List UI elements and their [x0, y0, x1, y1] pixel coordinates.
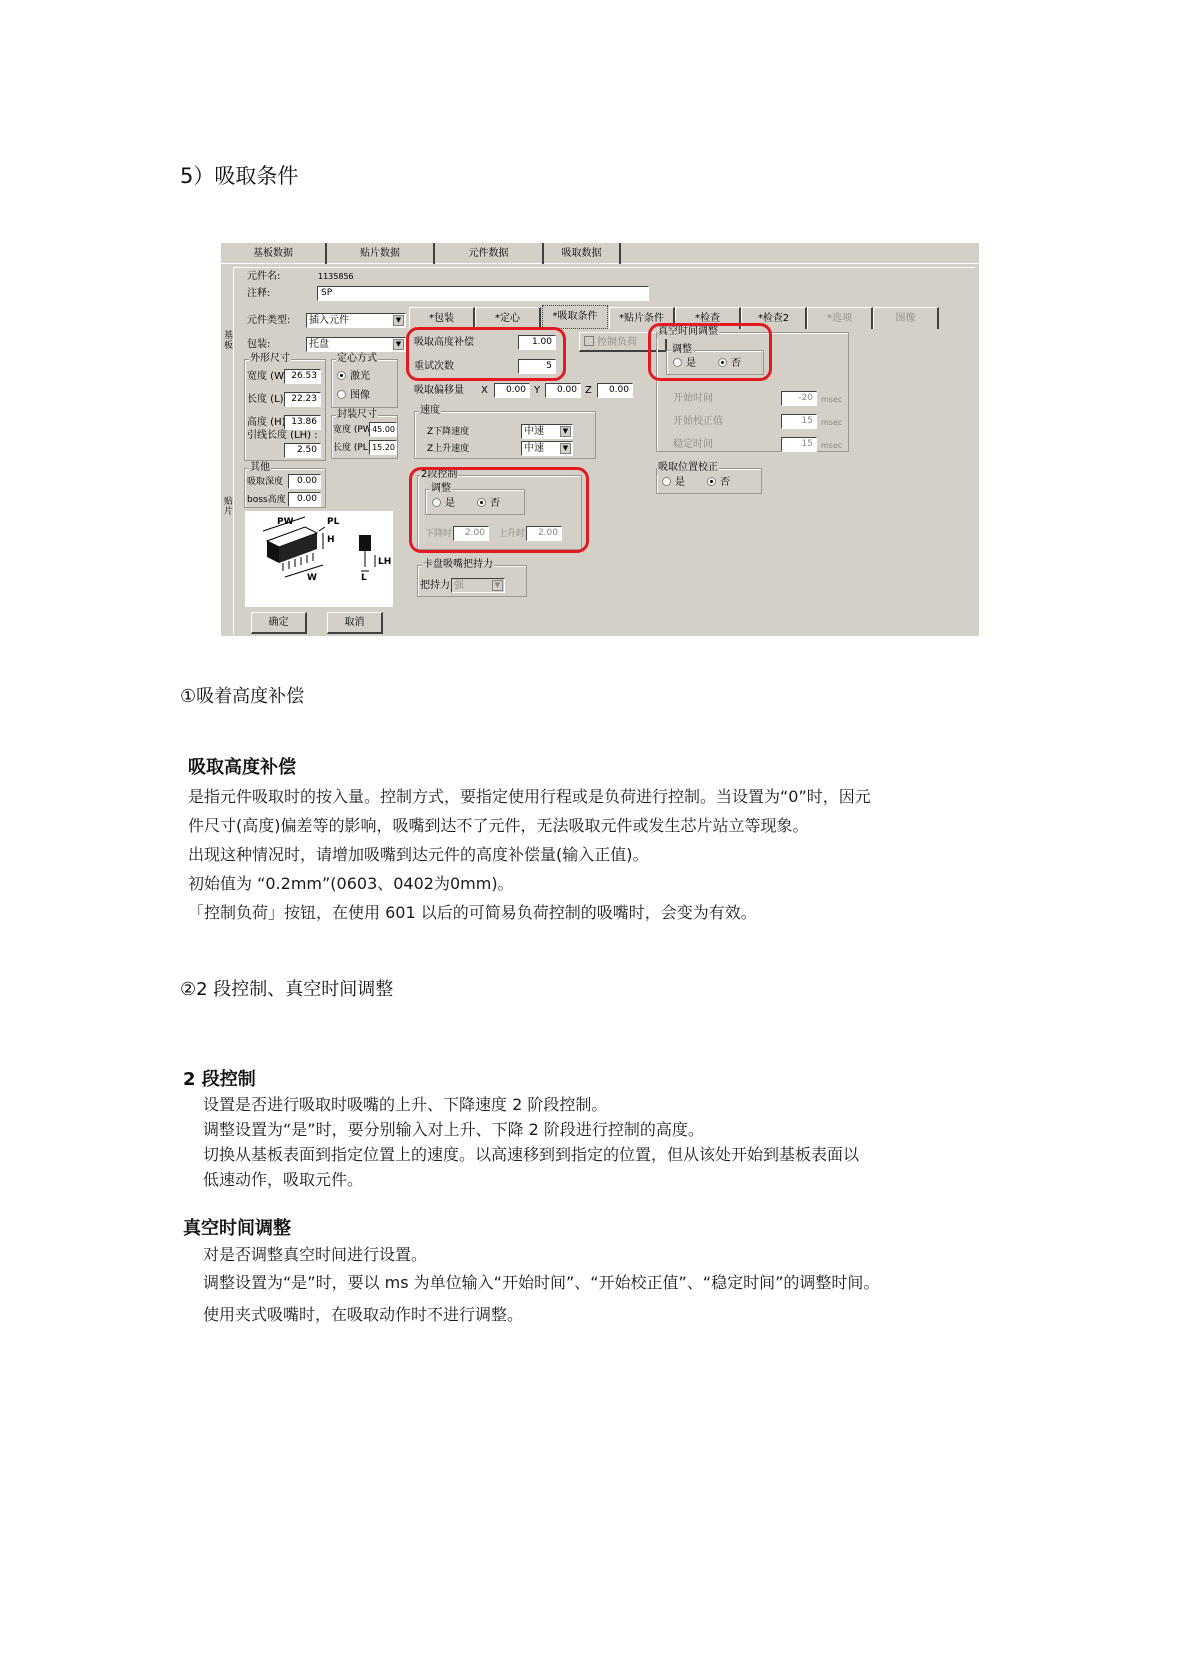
offset-z-input[interactable]: 0.00 [597, 383, 633, 398]
other-title: 其他 [249, 461, 271, 475]
start-time-label: 开始时间 [673, 392, 713, 406]
component-outline-icon [245, 511, 393, 587]
pl-label: 长度 (PL) [333, 441, 371, 455]
subsection-height-comp: ①吸着高度补偿 [180, 682, 304, 708]
offset-y-input[interactable]: 0.00 [545, 383, 581, 398]
package-size-title: 封装尺寸 [336, 408, 378, 422]
z-up-speed-label: Z上升速度 [427, 442, 469, 456]
two-stage-line-4: 低速动作，吸取元件。 [203, 1165, 363, 1194]
grip-force-select[interactable]: 强 ▼ [451, 578, 505, 593]
boss-height-input[interactable]: 0.00 [288, 492, 321, 507]
radio-unselected-icon [337, 390, 346, 399]
lead-length-label: 引线长度 (LH) : [247, 429, 318, 443]
pick-offset-label: 吸取偏移量 [414, 384, 464, 398]
vacuum-line-3: 使用夹式吸嘴时，在吸取动作时不进行调整。 [203, 1300, 523, 1329]
height-input[interactable]: 13.86 [284, 415, 321, 430]
length-label: 长度 (L): [247, 393, 287, 407]
top-tab-bar: 基板数据 贴片数据 元件数据 吸取数据 [221, 243, 979, 264]
highlight-height-comp [406, 327, 566, 381]
radio-unselected-icon [662, 477, 671, 486]
offset-y-label: Y [534, 384, 540, 398]
tab-component-data[interactable]: 元件数据 [435, 243, 544, 264]
subtab-centering[interactable]: *定心 [475, 307, 541, 329]
comment-input[interactable]: SP [317, 286, 649, 301]
height-comp-line-5: 「控制负荷」按钮，在使用 601 以后的可简易负荷控制的吸嘴时，会变为有效。 [188, 898, 757, 927]
pos-corr-no-radio[interactable]: 否 [707, 477, 730, 489]
width-input[interactable]: 26.53 [284, 369, 321, 384]
radio-selected-icon [707, 477, 716, 486]
section-title: 5）吸取条件 [180, 160, 298, 190]
height-label: 高度 (H): [247, 416, 289, 430]
tab-board-data[interactable]: 基板数据 [221, 243, 327, 264]
length-input[interactable]: 22.23 [284, 392, 321, 407]
height-comp-line-3: 出现这种情况时，请增加吸嘴到达元件的高度补偿量(输入正值)。 [188, 840, 649, 869]
checkbox-icon [584, 336, 594, 346]
vacuum-time-heading: 真空时间调整 [183, 1214, 291, 1240]
pick-depth-input[interactable]: 0.00 [288, 474, 321, 489]
z-up-speed-select[interactable]: 中速 ▼ [521, 441, 573, 456]
two-stage-heading: 2 段控制 [183, 1065, 256, 1091]
component-diagram: PW PL H LH W L [245, 511, 393, 607]
stable-time-label: 稳定时间 [673, 438, 713, 452]
outline-size-title: 外形尺寸 [249, 352, 291, 366]
diagram-label-w: W [307, 571, 317, 585]
stable-time-input[interactable]: 15 [781, 437, 817, 452]
subtab-pick-conditions[interactable]: *吸取条件 [542, 305, 608, 329]
offset-x-label: X [481, 384, 488, 398]
diagram-label-lh: LH [378, 555, 391, 569]
centering-title: 定心方式 [336, 352, 378, 366]
chevron-down-icon: ▼ [560, 443, 571, 454]
tab-placement-data[interactable]: 贴片数据 [327, 243, 435, 264]
chevron-down-icon: ▼ [560, 426, 571, 437]
start-corr-unit: msec [821, 416, 842, 430]
centering-image-radio[interactable]: 图像 [337, 390, 370, 402]
diagram-label-pl: PL [327, 515, 339, 529]
comment-label: 注释: [247, 287, 270, 301]
chevron-down-icon: ▼ [393, 315, 404, 326]
speed-title: 速度 [419, 404, 441, 418]
z-down-speed-label: Z下降速度 [427, 425, 469, 439]
z-down-speed-select[interactable]: 中速 ▼ [521, 424, 573, 439]
radio-selected-icon [337, 371, 346, 380]
package-value: 托盘 [309, 339, 329, 350]
start-time-input[interactable]: -20 [781, 391, 817, 406]
pick-position-correction-title: 吸取位置校正 [657, 461, 719, 475]
offset-x-input[interactable]: 0.00 [494, 383, 530, 398]
vacuum-line-2: 调整设置为“是”时，要以 ms 为单位输入“开始时间”、“开始校正值”、“稳定时… [203, 1268, 879, 1297]
subtab-options[interactable]: *选项 [807, 307, 873, 329]
height-comp-line-4: 初始值为 “0.2mm”(0603、0402为0mm)。 [188, 869, 514, 898]
pw-input[interactable]: 45.00 [369, 422, 397, 437]
start-time-unit: msec [821, 393, 842, 407]
start-corr-input[interactable]: 15 [781, 414, 817, 429]
package-select[interactable]: 托盘 ▼ [306, 337, 406, 352]
tab-pick-data[interactable]: 吸取数据 [544, 243, 621, 264]
highlight-vacuum-time [648, 323, 772, 381]
part-type-select[interactable]: 插入元件 ▼ [306, 313, 406, 328]
grip-force-title: 卡盘吸嘴把持力 [422, 558, 494, 572]
start-corr-label: 开始校正值 [673, 415, 723, 429]
ok-button[interactable]: 确定 [251, 612, 307, 634]
chevron-down-icon: ▼ [393, 339, 404, 350]
part-name-label: 元件名: [247, 270, 280, 284]
pick-depth-label: 吸取深度 [247, 475, 283, 489]
subtab-image[interactable]: 图像 [873, 307, 939, 329]
package-label: 包装: [247, 338, 270, 352]
stable-time-unit: msec [821, 439, 842, 453]
vacuum-line-1: 对是否调整真空时间进行设置。 [203, 1240, 427, 1269]
subsection-two-stage-vacuum: ②2 段控制、真空时间调整 [180, 975, 393, 1001]
cancel-button[interactable]: 取消 [327, 612, 383, 634]
pl-input[interactable]: 15.20 [369, 440, 397, 455]
part-name-value: 1135856 [318, 270, 354, 284]
centering-laser-radio[interactable]: 激光 [337, 371, 370, 383]
diagram-label-pw: PW [277, 515, 294, 529]
chevron-down-icon: ▼ [492, 580, 503, 591]
grip-force-label: 把持力 [420, 579, 450, 593]
diagram-label-h: H [327, 533, 335, 547]
highlight-two-stage [409, 467, 589, 553]
height-comp-line-2: 件尺寸(高度)偏差等的影响，吸嘴到达不了元件，无法吸取元件或发生芯片站立等现象。 [188, 811, 809, 840]
lead-length-input[interactable]: 2.50 [284, 443, 321, 458]
part-type-label: 元件类型: [247, 314, 290, 328]
pos-corr-yes-radio[interactable]: 是 [662, 477, 685, 489]
height-comp-heading: 吸取高度补偿 [188, 753, 296, 779]
height-comp-line-1: 是指元件吸取时的按入量。控制方式，要指定使用行程或是负荷进行控制。当设置为“0”… [188, 782, 871, 811]
diagram-label-l: L [361, 571, 367, 585]
boss-height-label: boss高度 [247, 493, 286, 507]
component-data-dialog: 基板数据 贴片数据 元件数据 吸取数据 基板 贴片 元件名: 1135856 注… [221, 243, 979, 636]
part-type-value: 插入元件 [309, 315, 349, 326]
subtab-package[interactable]: *包装 [409, 307, 475, 329]
offset-z-label: Z [585, 384, 592, 398]
